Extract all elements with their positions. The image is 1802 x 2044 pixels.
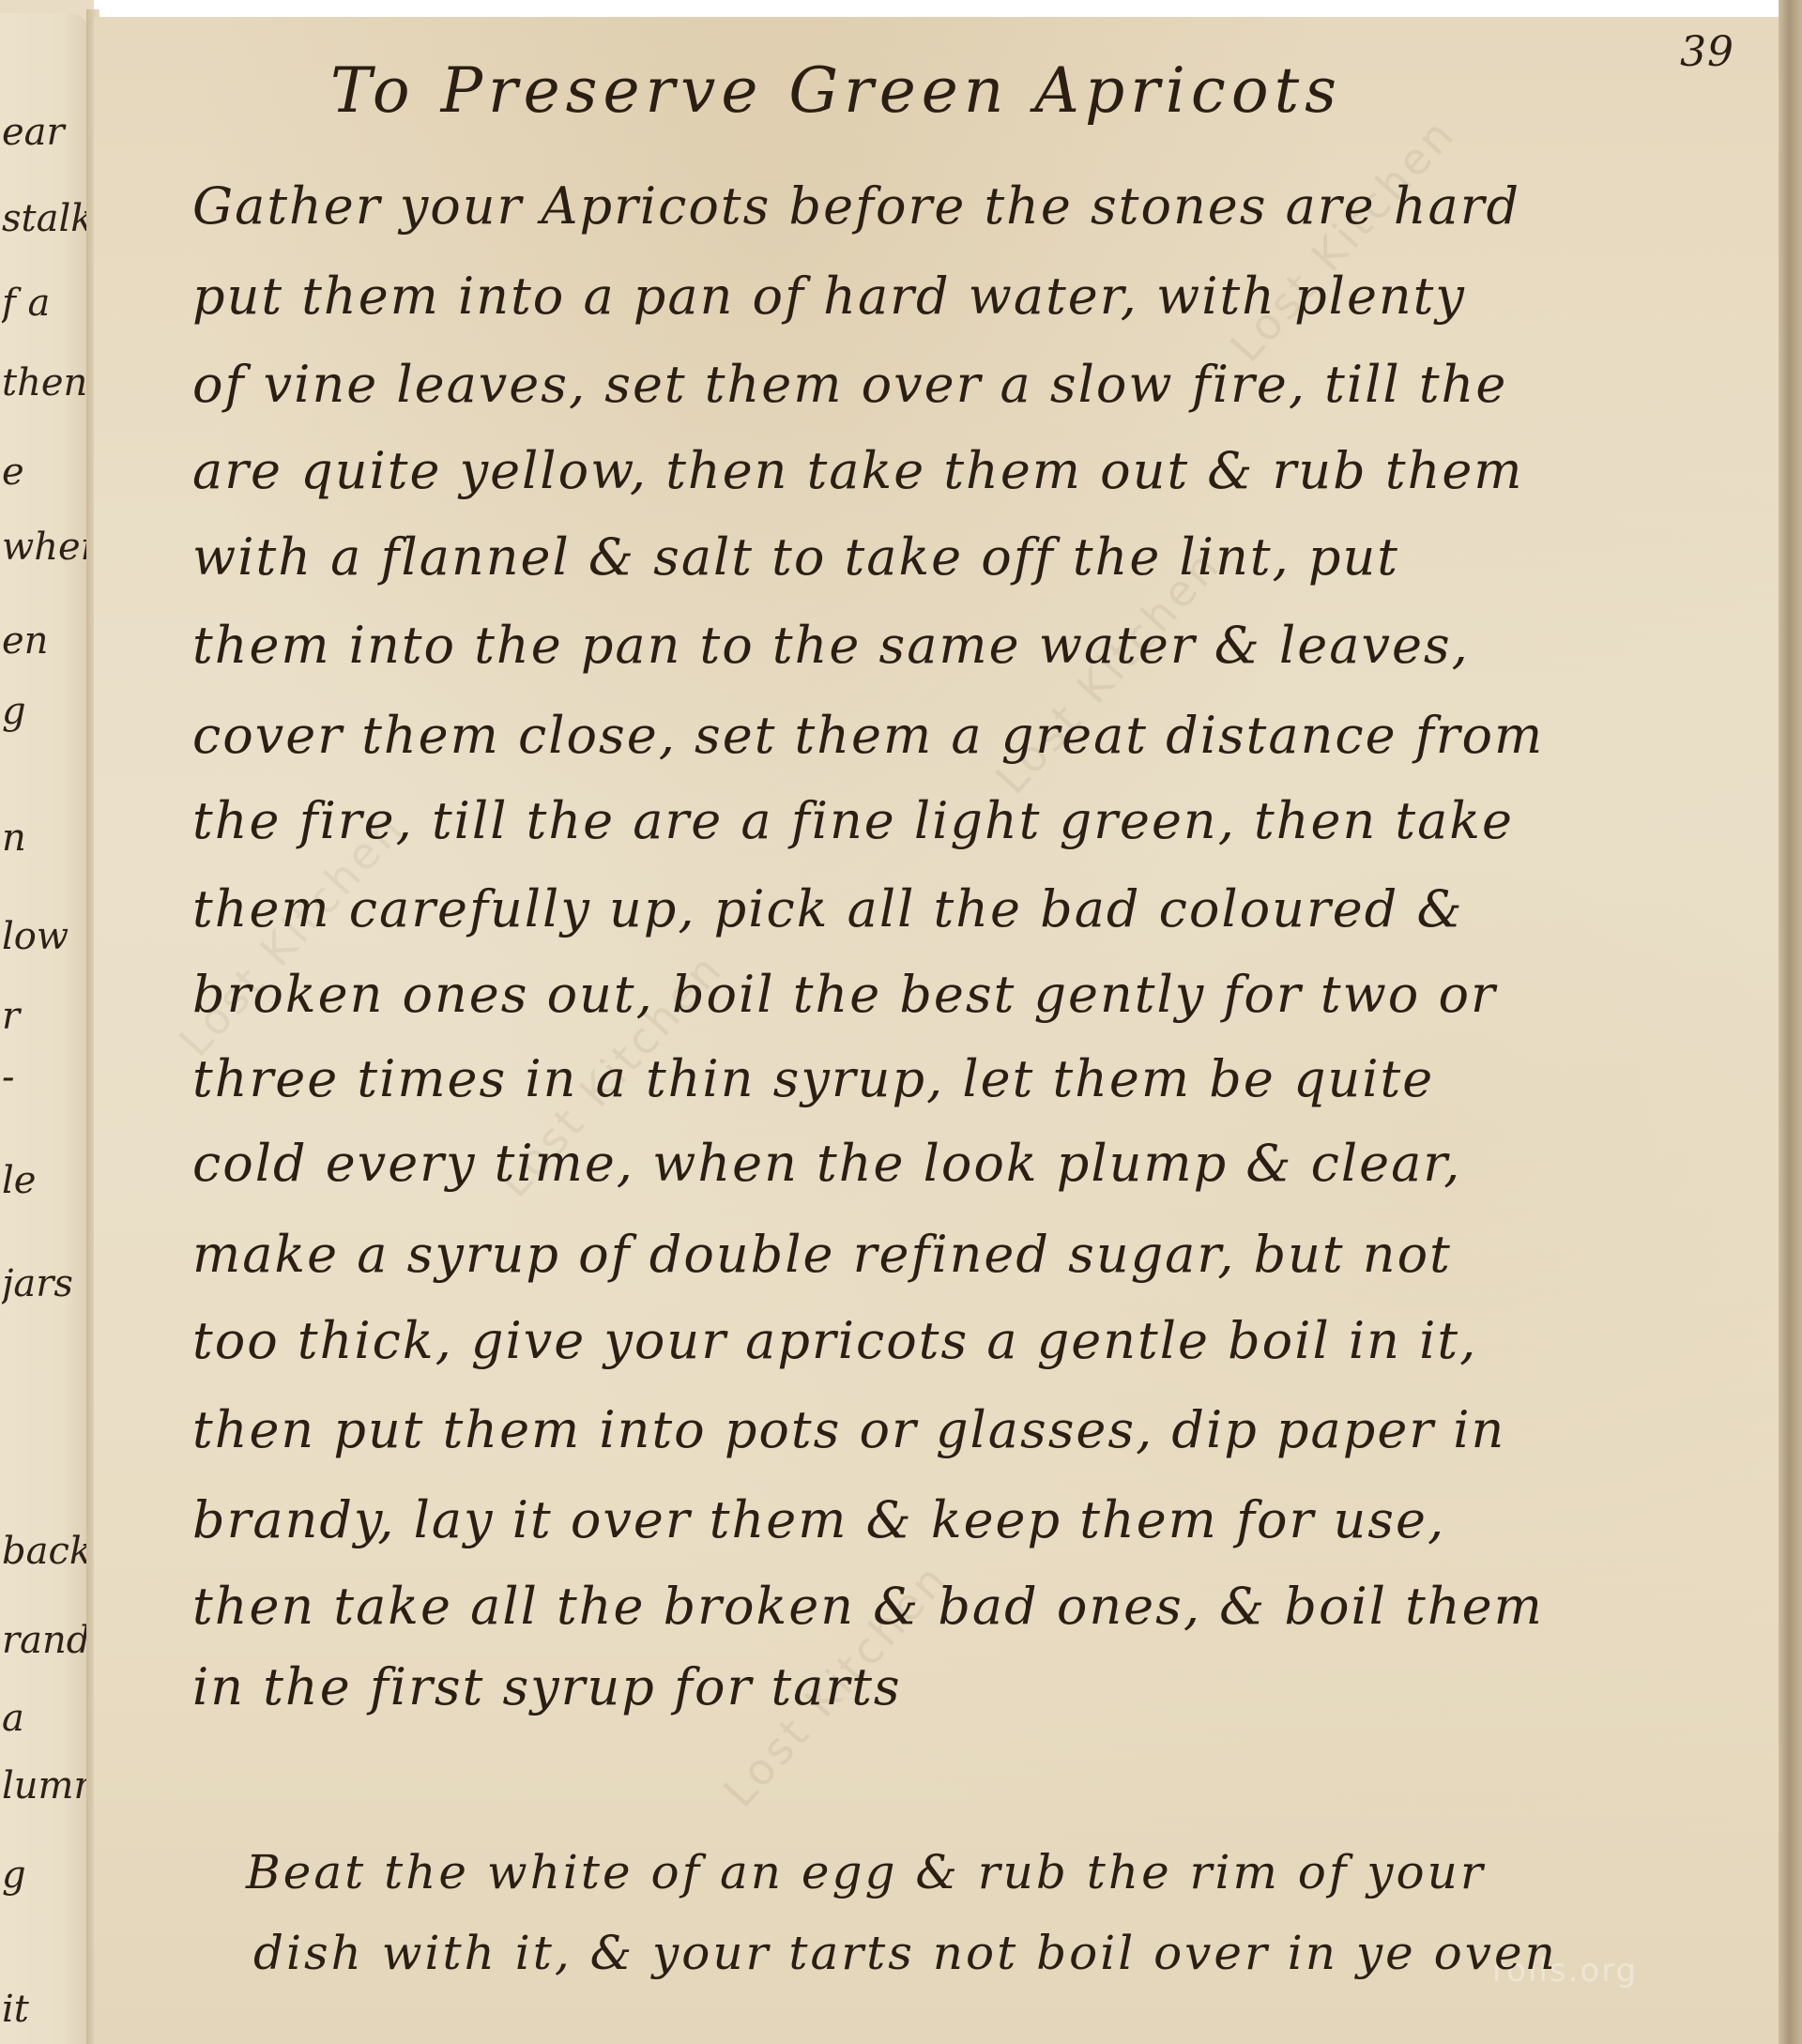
facing-page-fragment: g (2, 1853, 86, 1897)
manuscript-scan: ear stalk f a then e when en g n low r -… (0, 0, 1802, 2044)
recipe-line: make a syrup of double refined sugar, bu… (192, 1225, 1452, 1284)
recipe-line: in the first syrup for tarts (192, 1657, 902, 1716)
recipe-line: too thick, give your apricots a gentle b… (192, 1311, 1477, 1370)
recipe-line: three times in a thin syrup, let them be… (192, 1049, 1434, 1108)
facing-page-fragment: ear (2, 111, 86, 154)
recipe-line: cover them close, set them a great dista… (192, 706, 1544, 765)
recipe-line: them carefully up, pick all the bad colo… (192, 879, 1464, 938)
recipe-title: To Preserve Green Apricots (330, 54, 1342, 127)
recipe-line: then take all the broken & bad ones, & b… (192, 1577, 1544, 1636)
facing-page-fragment: n (2, 816, 86, 860)
recipe-line: Gather your Apricots before the stones a… (192, 176, 1520, 236)
facing-page-fragment: back (2, 1530, 86, 1573)
facing-page-fragment: randy (2, 1619, 86, 1662)
facing-page-fragment: it (2, 1988, 86, 2031)
recipe-line: the fire, till the are a fine light gree… (192, 791, 1514, 850)
facing-page-fragment: r (2, 995, 86, 1038)
facing-page-fragment: e (2, 450, 86, 494)
facing-page-fragment: stalk (2, 197, 86, 240)
facing-page-fragment: le (2, 1159, 86, 1202)
facing-page-fragment: lumm (2, 1764, 86, 1808)
facing-page-fragment: low (2, 915, 86, 958)
facing-page-fragment: when (2, 526, 86, 569)
recipe-line: brandy, lay it over them & keep them for… (192, 1490, 1445, 1549)
recipe-line: put them into a pan of hard water, with … (192, 267, 1466, 326)
facing-page-fragment: then (2, 361, 86, 404)
facing-page-fragment: g (2, 690, 86, 733)
page-number: 39 (1680, 28, 1734, 76)
recipe-line: broken ones out, boil the best gently fo… (192, 965, 1497, 1024)
recipe-line: with a flannel & salt to take off the li… (192, 527, 1399, 587)
scan-top-border (94, 0, 1802, 17)
recipe-line: them into the pan to the same water & le… (192, 616, 1470, 675)
recipe-line: then put them into pots or glasses, dip … (192, 1400, 1505, 1459)
recipe-line: are quite yellow, then take them out & r… (192, 441, 1524, 500)
note-line: Beat the white of an egg & rub the rim o… (246, 1845, 1486, 1899)
facing-page-fragment: - (2, 1056, 86, 1099)
recipe-line: cold every time, when the look plump & c… (192, 1134, 1461, 1193)
recipe-line: of vine leaves, set them over a slow fir… (192, 355, 1507, 414)
facing-page-fragment: jars (2, 1262, 86, 1305)
page-fore-edge (1779, 0, 1802, 2044)
note-line: dish with it, & your tarts not boil over… (253, 1926, 1558, 1980)
facing-page-fragment: en (2, 619, 86, 663)
facing-page-fragment: a (2, 1697, 86, 1740)
facing-page-fragment: f a (2, 282, 86, 325)
